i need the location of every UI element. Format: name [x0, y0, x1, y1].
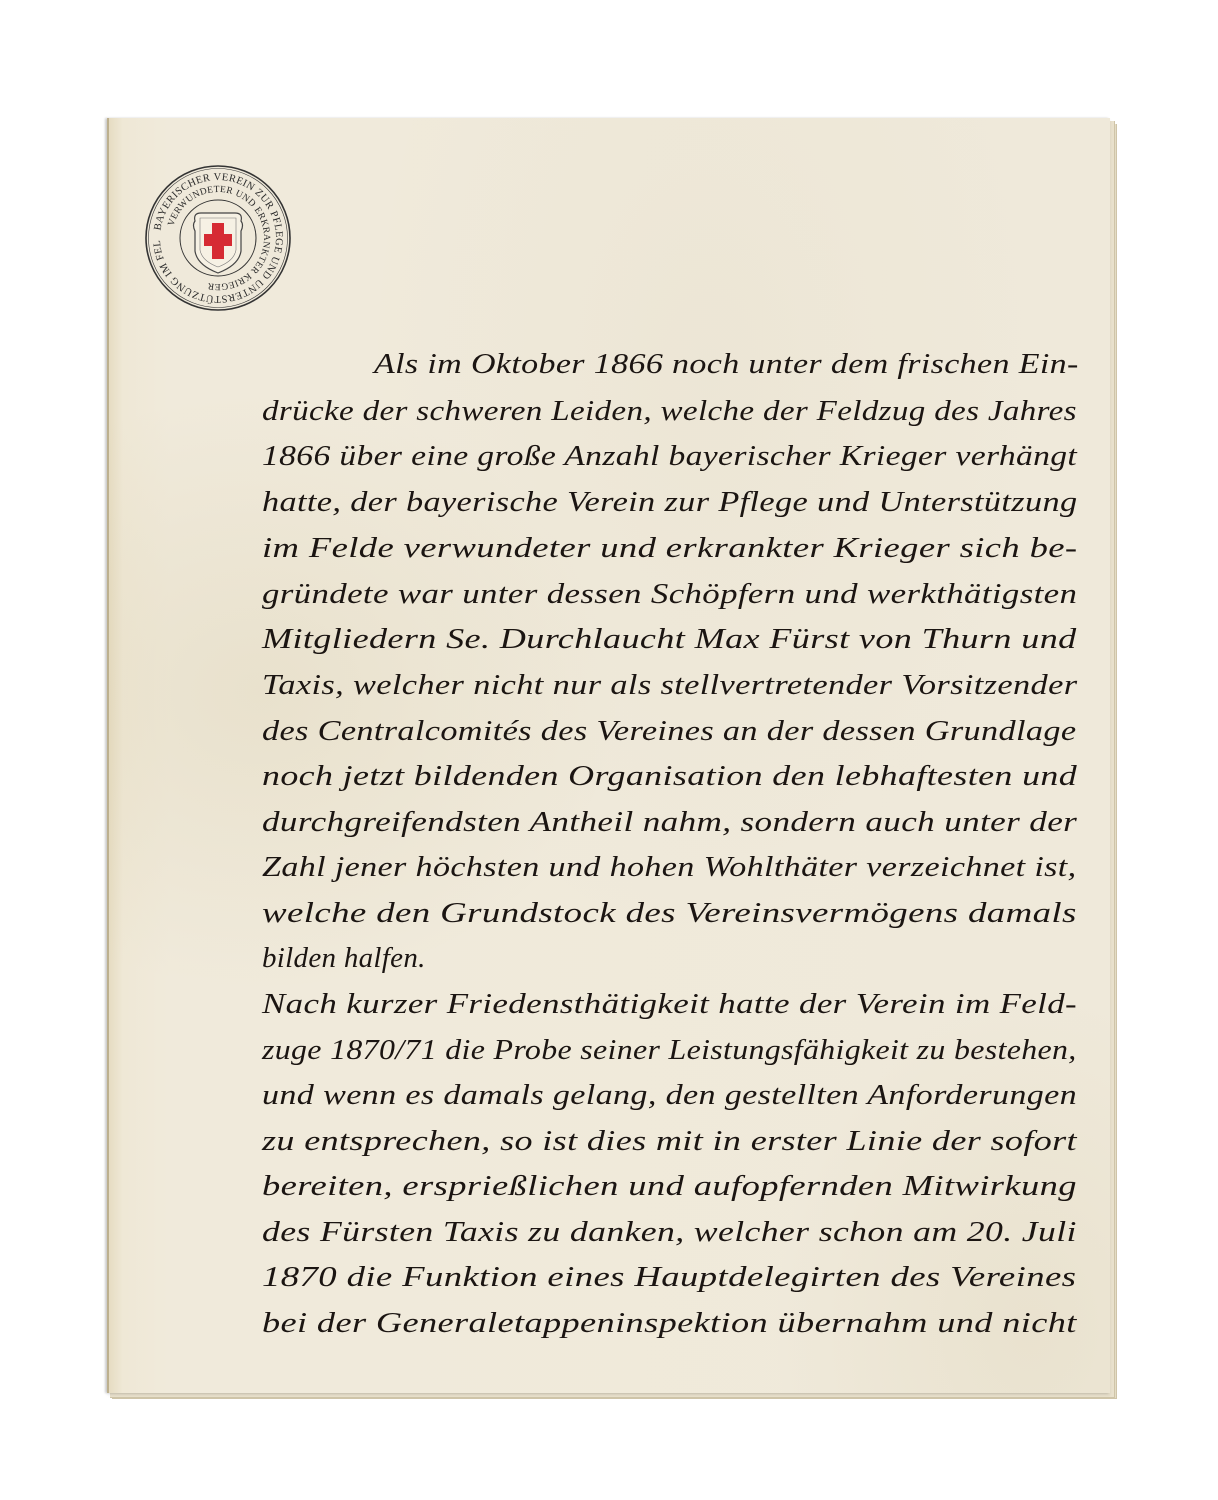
text-line: bilden halfen.: [262, 936, 426, 981]
text-line: bei der Generaletappeninspektion übernah…: [262, 1301, 1077, 1346]
text-line: hatte, der bayerische Verein zur Pflege …: [262, 480, 1078, 525]
text-line: 1866 über eine große Anzahl bayerischer …: [262, 434, 1077, 479]
text-line: welche den Grundstock des Vereinsvermöge…: [262, 891, 1077, 936]
text-line: zuge 1870/71 die Probe seiner Leistungsf…: [262, 1028, 1077, 1073]
text-line: drücke der schweren Leiden, welche der F…: [262, 389, 1077, 434]
text-line: zu entsprechen, so ist dies mit in erste…: [262, 1119, 1077, 1164]
text-line: noch jetzt bildenden Organisation den le…: [262, 754, 1077, 799]
text-line: Mitgliedern Se. Durchlaucht Max Fürst vo…: [262, 617, 1077, 662]
text-line: Taxis, welcher nicht nur als stellvertre…: [262, 663, 1077, 708]
text-line: im Felde verwundeter und erkrankter Krie…: [262, 526, 1077, 571]
text-line: 1870 die Funktion eines Hauptdelegirten …: [262, 1255, 1076, 1300]
text-line: Als im Oktober 1866 noch unter dem frisc…: [374, 342, 1079, 387]
text-line: Nach kurzer Friedensthätigkeit hatte der…: [262, 982, 1077, 1027]
text-line: des Centralcomités des Vereines an der d…: [262, 709, 1076, 754]
text-line: und wenn es damals gelang, den gestellte…: [262, 1073, 1077, 1118]
text-line: durchgreifendsten Antheil nahm, sondern …: [262, 800, 1077, 845]
text-line: gründete war unter dessen Schöpfern und …: [262, 572, 1077, 617]
text-line: bereiten, ersprießlichen und aufopfernde…: [262, 1164, 1077, 1209]
red-cross-seal: BAYERISCHER VEREIN ZUR PFLEGE UND UNTERS…: [143, 163, 293, 313]
text-line: des Fürsten Taxis zu danken, welcher sch…: [262, 1210, 1077, 1255]
text-line: Zahl jener höchsten und hohen Wohlthäter…: [262, 845, 1077, 890]
seal-icon: BAYERISCHER VEREIN ZUR PFLEGE UND UNTERS…: [143, 163, 293, 313]
